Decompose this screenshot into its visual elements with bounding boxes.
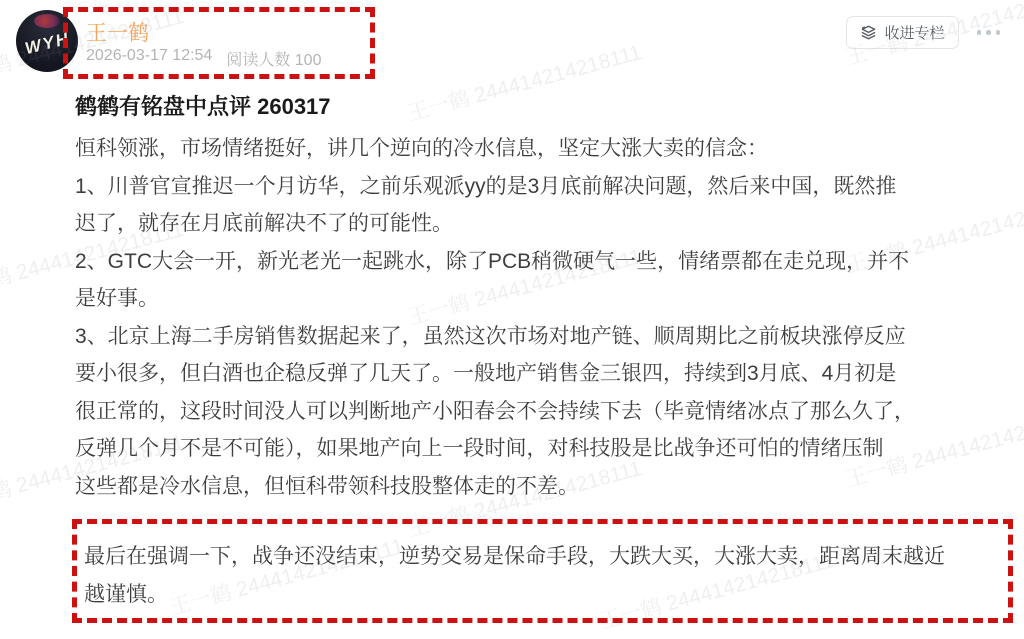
post-body-line: 是好事。 xyxy=(75,280,1017,318)
collect-to-column-button[interactable]: 收进专栏 xyxy=(846,16,958,49)
ellipsis-icon xyxy=(977,30,982,35)
post-body-line: 3、北京上海二手房销售数据起来了，虽然这次市场对地产链、顺周期比之前板块涨停反应 xyxy=(75,318,1017,356)
avatar-letters: WYH xyxy=(23,29,72,59)
avatar[interactable]: WYH xyxy=(16,10,78,72)
post-page: WYH 王一鹤 2026-03-17 12:54 阅读人数 100 收进专栏 xyxy=(0,0,1024,639)
post-meta: 2026-03-17 12:54 阅读人数 100 xyxy=(86,47,321,70)
post-title: 鹤鹤有铭盘中点评 260317 xyxy=(75,93,1017,121)
post-content: 鹤鹤有铭盘中点评 260317 恒科领涨，市场情绪挺好，讲几个逆向的冷水信息，坚… xyxy=(75,93,1017,505)
ellipsis-icon xyxy=(996,30,1001,35)
red-dashed-annotation-footer: 最后在强调一下，战争还没结束，逆势交易是保命手段，大跌大买，大涨大卖，距离周末越… xyxy=(72,519,1013,623)
collect-icon xyxy=(860,24,877,41)
post-body-line: 迟了，就存在月底前解决不了的可能性。 xyxy=(75,205,1017,243)
read-count: 阅读人数 100 xyxy=(226,47,321,70)
post-body-line: 很正常的，这段时间没人可以判断地产小阳春会不会持续下去（毕竟情绪冰点了那么久了， xyxy=(75,393,1017,431)
post-body-line: 要小很多，但白酒也企稳反弹了几天了。一般地产销售金三银四，持续到3月底、4月初是 xyxy=(75,355,1017,393)
post-body-line: 1、川普官宣推迟一个月访华，之前乐观派yy的是3月底前解决问题，然后来中国，既然… xyxy=(75,168,1017,206)
header-actions: 收进专栏 xyxy=(846,16,1002,49)
post-body-line: 反弹几个月不是不可能），如果地产向上一段时间，对科技股是比战争还可怕的情绪压制 xyxy=(75,430,1017,468)
author-name[interactable]: 王一鹤 xyxy=(86,17,149,47)
collect-button-label: 收进专栏 xyxy=(884,22,944,43)
post-body-line: 这些都是冷水信息，但恒科带领科技股整体走的不差。 xyxy=(75,468,1017,506)
avatar-image-detail xyxy=(34,14,60,28)
more-options-button[interactable] xyxy=(975,24,1003,41)
post-date: 2026-03-17 12:54 xyxy=(86,47,212,70)
post-body: 恒科领涨，市场情绪挺好，讲几个逆向的冷水信息，坚定大涨大卖的信念：1、川普官宣推… xyxy=(75,130,1017,505)
post-body-line: 2、GTC大会一开，新光老光一起跳水，除了PCB稍微硬气一些，情绪票都在走兑现，… xyxy=(75,243,1017,281)
post-body-line: 恒科领涨，市场情绪挺好，讲几个逆向的冷水信息，坚定大涨大卖的信念： xyxy=(75,130,1017,168)
highlight-paragraph: 最后在强调一下，战争还没结束，逆势交易是保命手段，大跌大买，大涨大卖，距离周末越… xyxy=(84,538,952,614)
ellipsis-icon xyxy=(986,30,991,35)
